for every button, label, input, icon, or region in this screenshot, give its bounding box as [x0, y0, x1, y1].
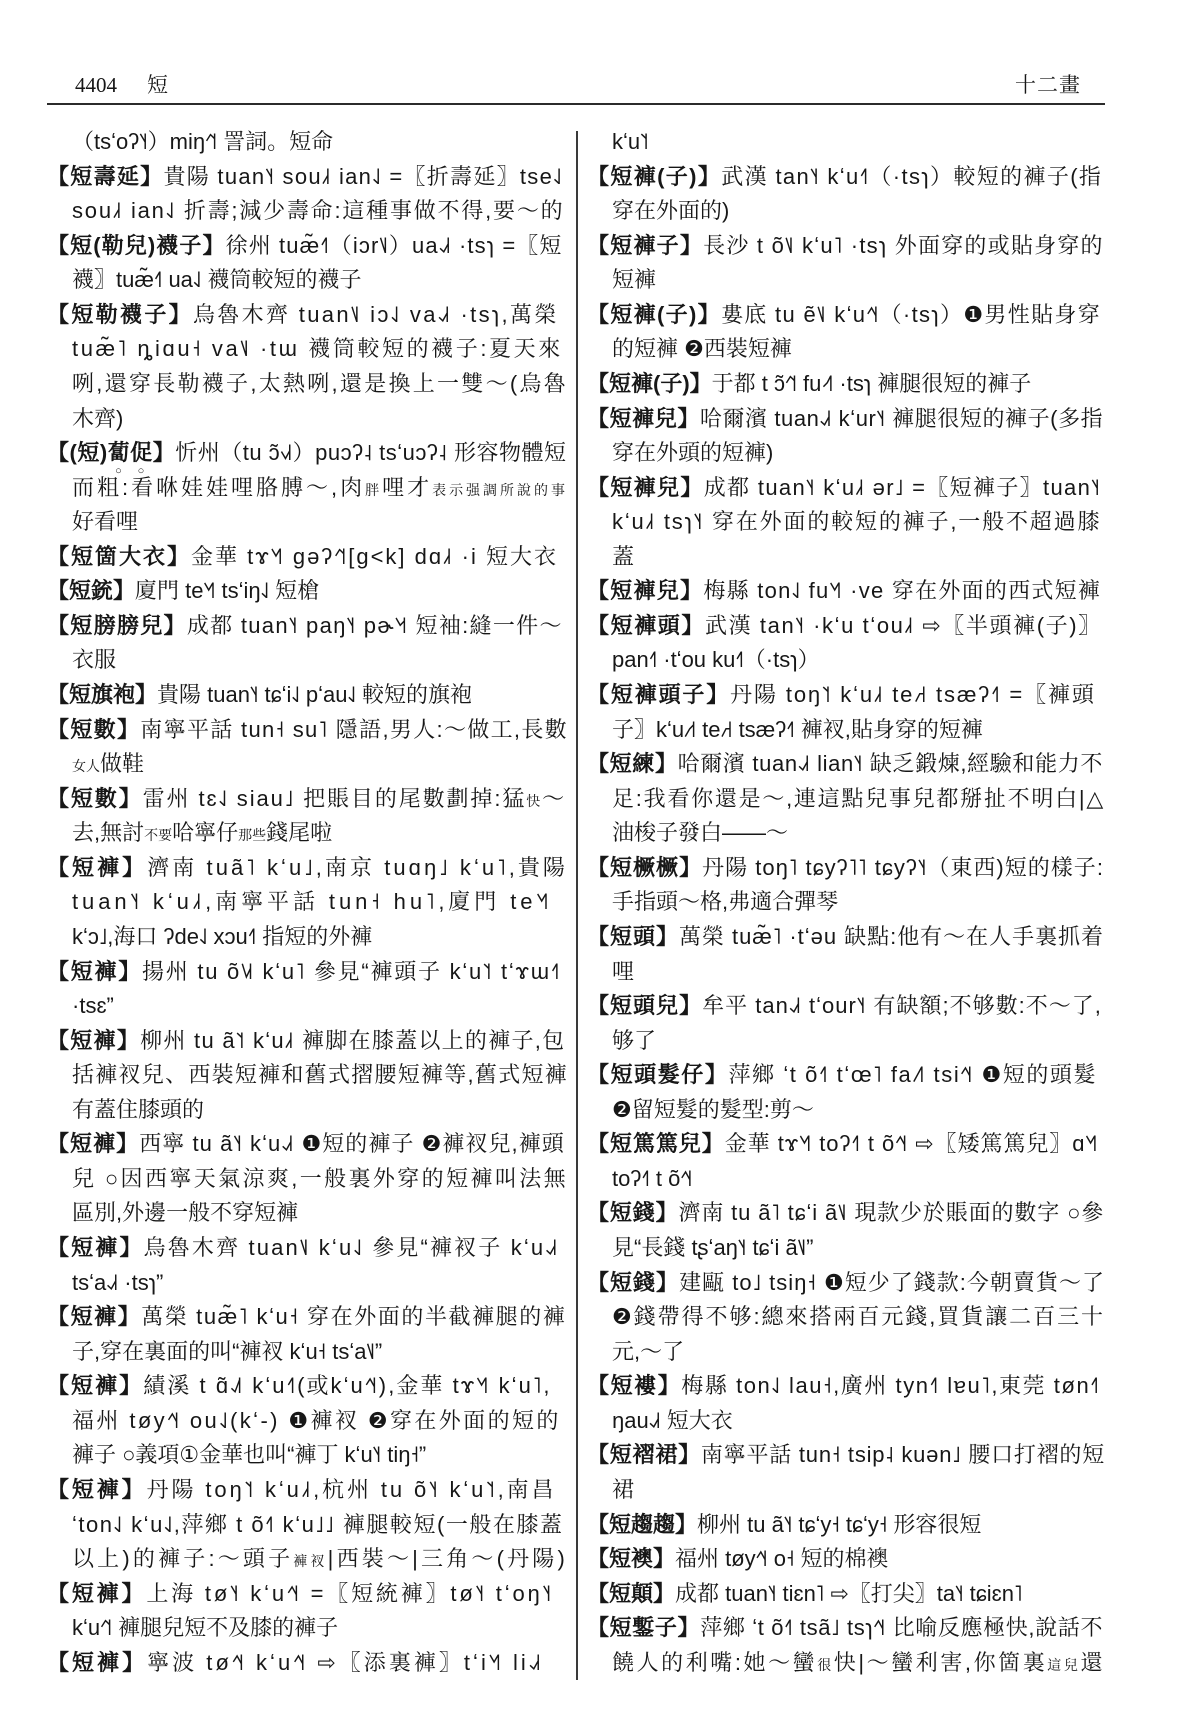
- line-text: 子〗kʻu˩˧˦ te˩˧˧ tsæʔ˧˥ 褲衩,貼身穿的短褲: [612, 713, 983, 748]
- entry-continuation-line: ❷錢帶得不够:總來搭兩百元錢,買貨讓二百三十: [587, 1300, 1105, 1335]
- line-text: 【短褲】柳州 tu ã˥˦ kʻu˩˧ 褲脚在膝蓋以上的褲子,包: [47, 1024, 565, 1059]
- line-text: 括褲衩兒、西裝短褲和舊式摺腰短褲等,舊式短褲: [72, 1058, 568, 1093]
- line-text: toʔ˧˥ t õ˧˥˧: [612, 1162, 692, 1197]
- line-text: 【短褲】寧波 tø˧˥˧ kʻu˧˥˧ ⇨〖添裏褲〗tʻi˥˧˥ li˨˩˧: [47, 1646, 544, 1681]
- text-run: 于都 t ɔ̃˧˥˦ fu˨˧˥ ·tsɿ 褲腿很短的褲子: [712, 371, 1032, 396]
- line-text: ʻton˨˩ kʻu˨˩,萍鄉 t õ˧˥ kʻu˩˩ 褲腿較短(一般在膝蓋: [72, 1508, 563, 1543]
- entry-continuation-line: 子〗kʻu˩˧˦ te˩˧˧ tsæʔ˧˥ 褲衩,貼身穿的短褲: [587, 713, 1105, 748]
- headword: 【短褶裙】: [587, 1442, 701, 1467]
- text-run: 以上)的褲子:～頭子: [72, 1546, 293, 1571]
- entry-start-line: 【短褲】上海 tø˥˧ kʻu˧˥˧ =〖短統褲〗tø˥˧ tʻoŋ˥˧: [47, 1577, 568, 1612]
- line-text: 【短褲】丹陽 toŋ˥˦ kʻu˩˧,杭州 tu õ˥˧ kʻu˥˦,南昌: [47, 1473, 556, 1508]
- entry-continuation-line: ❷留短髮的髮型:剪～: [587, 1093, 1105, 1128]
- headword: 【短褲(子)】: [587, 302, 721, 327]
- line-text: 【短錢】建甌 to˩ tsiŋ˧ ❶短少了錢款:今朝賣貨～了: [587, 1266, 1105, 1301]
- text-run: 好看哩: [72, 509, 138, 534]
- gloss-note: 這兒: [1047, 1657, 1080, 1673]
- headword: 【短錢】: [587, 1200, 678, 1225]
- line-text: 【短篤篤兒】金華 tɤ˥˧˥ toʔ˧˥ t õ˧˥˧ ⇨〖矮篤篤兒〗ɑ˥˧˥: [587, 1127, 1098, 1162]
- text-run: 烏魯木齊 tuan˥˩ kʻu˨˩ 參見“褲衩子 kʻu˨˩˧: [144, 1235, 560, 1260]
- entry-start-line: 【短頭兒】牟平 tan˨˩˧ tʻour˥˧ 有缺額;不够數:不～了,: [587, 989, 1105, 1024]
- text-run: 忻州（tu ɔ̃˧˩˧）puɔʔ˨ tsʻuɔʔ˨ 形容物體短: [175, 440, 566, 465]
- headword: 【短膀膀兒】: [47, 613, 187, 638]
- entry-start-line: 【短銃】廈門 te˥˧˥ tsʻiŋ˨˩ 短槍: [47, 574, 568, 609]
- entry-start-line: 【(短)蔔促】忻州（tu ɔ̃˧˩˧）puɔʔ˨ tsʻuɔʔ˨ 形容物體短: [47, 436, 568, 471]
- dictionary-page: 4404 短 十二畫 （tsʻoʔ˥˧）miŋ˧˥˦ 詈詞。短命【短壽延】貴陽 …: [0, 0, 1200, 1724]
- text-run: 够了: [612, 1028, 656, 1053]
- text-run: 柳州 tu ã˥˦ kʻu˩˧ 褲脚在膝蓋以上的褲子,包: [140, 1028, 565, 1053]
- line-text: 饒人的利嘴:她～蠻很快|～蠻利害,你箇裏這兒還: [612, 1646, 1105, 1683]
- line-text: 【短褲(子)】武漢 tan˥˧ kʻu˧˥（·tsɿ）較短的褲子(指: [587, 160, 1102, 195]
- text-run: 短褲: [612, 267, 656, 292]
- entry-continuation-line: 褲子 ○義項①金華也叫“褲丁 kʻu˥˧ tiŋ˧”: [47, 1438, 568, 1473]
- line-text: 【短勒襪子】烏魯木齊 tuan˥˩ iɔ˨˩ va˨˩˧ ·tsɿ,萬榮: [47, 298, 559, 333]
- text-run: toʔ˧˥ t õ˧˥˧: [612, 1166, 692, 1191]
- line-text: 【短褲】萬榮 tuæ̃˥ kʻu˧ 穿在外面的半截褲腿的褲: [47, 1300, 566, 1335]
- entry-start-line: 【短頭髮仔】萍鄉 ʻt õ˧˥ tʻœ˥ fa˩˧˥ tsi˧˥˧ ❶短的頭髮: [587, 1058, 1105, 1093]
- headword: 【短褲頭】: [587, 613, 705, 638]
- entry-start-line: 【短數】南寧平話 tun˧ su˥ 隱語,男人:～做工,長數: [47, 713, 568, 748]
- text-run: tuæ̃˥ ȵiɑu˧ va˥˩ ·tɯ 襪筒較短的襪子:夏天來: [72, 336, 563, 361]
- headword: 【短練】: [587, 751, 678, 776]
- line-text: kʻɔ˩,海口 ʔde˨˩ xɔu˧˥ 指短的外褲: [72, 920, 372, 955]
- entry-start-line: 【短褲兒】成都 tuan˥˧ kʻu˩˧ ər˩ =〖短褲子〗tuan˥˧: [587, 471, 1105, 506]
- text-run: pan˧˥ ·tʻou ku˧˥（·tsɿ）: [612, 647, 820, 672]
- entry-continuation-line: kʻu˧˥˦ 褲腿兒短不及膝的褲子: [47, 1611, 568, 1646]
- line-text: 好看哩: [72, 505, 138, 540]
- entry-start-line: 【短錢】建甌 to˩ tsiŋ˧ ❶短少了錢款:今朝賣貨～了: [587, 1266, 1105, 1301]
- text-run: kʻu˥˦: [612, 129, 649, 154]
- text-run: 襪〗tuæ̃˧˥ ua˨˩ 襪筒較短的襪子: [72, 267, 361, 292]
- entry-continuation-line: 以上)的褲子:～頭子褲衩|西裝～|三角～(丹陽): [47, 1542, 568, 1577]
- text-run: 南寧平話 tun˧ su˥ 隱語,男人:～做工,長數: [140, 717, 568, 742]
- entry-continuation-line: 衣服: [47, 643, 568, 678]
- line-text: 的短褲 ❷西裝短褲: [612, 332, 792, 367]
- line-text: 手指頭～格,弗適合彈琴: [612, 885, 838, 920]
- text-run: 廈門 te˥˧˥ tsʻiŋ˨˩ 短槍: [135, 578, 319, 603]
- headword: 【短褲(子)】: [587, 164, 721, 189]
- headword: 【短褲兒】: [587, 406, 700, 431]
- text-run: ❷留短髮的髮型:剪～: [612, 1097, 814, 1122]
- line-text: 元,～了: [612, 1335, 684, 1370]
- gloss-note: 那些: [238, 827, 266, 843]
- entry-start-line: 【短褲(子)】于都 t ɔ̃˧˥˦ fu˨˧˥ ·tsɿ 褲腿很短的褲子: [587, 367, 1105, 402]
- text-run: kʻɔ˩,海口 ʔde˨˩ xɔu˧˥ 指短的外褲: [72, 924, 372, 949]
- line-text: 兒 ○因西寧天氣涼爽,一般裏外穿的短褲叫法無: [72, 1162, 568, 1197]
- line-text: 【短褲】上海 tø˥˧ kʻu˧˥˧ =〖短統褲〗tø˥˧ tʻoŋ˥˧: [47, 1577, 554, 1612]
- entry-continuation-line: 短褲: [587, 263, 1105, 298]
- headword: 【短(勒兒)襪子】: [47, 233, 226, 258]
- entry-continuation-line: 去,無討不要哈寧仔那些錢尾啦: [47, 816, 568, 851]
- line-text: 穿在外面的): [612, 194, 729, 229]
- entry-continuation-line: 穿在外頭的短褲): [587, 436, 1105, 471]
- text-run: 衣服: [72, 647, 116, 672]
- entry-start-line: 【短褲】濟南 tuã˥ kʻu˩,南京 tuɑŋ˩ kʻu˥,貴陽: [47, 851, 568, 886]
- entry-continuation-line: tuan˥˧ kʻu˩˧,南寧平話 tun˧ hu˥,廈門 te˥˧˥: [47, 885, 568, 920]
- headword: 【短褸】: [587, 1373, 681, 1398]
- headword: 【短數】: [47, 717, 140, 742]
- text-run: 揚州 tu õ˥˩˧ kʻu˥ 參見“褲頭子 kʻu˥˦ tʻɤɯ˧˥: [142, 959, 561, 984]
- entry-start-line: 【短顛】成都 tuan˥˧ tiɛn˥ ⇨〖打尖〗ta˥˧ tɕiɛn˥: [587, 1577, 1105, 1612]
- entry-start-line: 【短褲】柳州 tu ã˥˦ kʻu˩˧ 褲脚在膝蓋以上的褲子,包: [47, 1024, 568, 1059]
- entry-continuation-line: 咧,還穿長勒襪子,太熱咧,還是換上一雙～(烏魯: [47, 367, 568, 402]
- text-run: 丹陽 toŋ˥˦ kʻu˩˧,杭州 tu õ˥˧ kʻu˥˦,南昌: [147, 1477, 557, 1502]
- text-run: 金華 tɤ˥˧˥ toʔ˧˥ t õ˧˥˧ ⇨〖矮篤篤兒〗ɑ˥˧˥: [725, 1131, 1099, 1156]
- entry-start-line: 【短數】雷州 tɛ˨˩ siau˩ 把賬目的尾數劃掉:猛快～: [47, 782, 568, 817]
- line-text: ❷留短髮的髮型:剪～: [612, 1093, 814, 1128]
- entry-continuation-line: toʔ˧˥ t õ˧˥˧: [587, 1162, 1105, 1197]
- entry-start-line: 【短(勒兒)襪子】徐州 tuæ̃˧˥（iɔr˥˩）ua˨˩˧ ·tsɿ =〖短: [47, 229, 568, 264]
- text-run: 萍鄉 ʻt õ˧˥ tsã˩ tsɿ˧˥˧ 比喻反應極快,說話不: [700, 1615, 1103, 1640]
- entry-continuation-line: ·tsɛ”: [47, 989, 568, 1024]
- line-text: tuæ̃˥ ȵiɑu˧ va˥˩ ·tɯ 襪筒較短的襪子:夏天來: [72, 332, 563, 367]
- text-run: 武漢 tan˥˧ kʻu˧˥（·tsɿ）較短的褲子(指: [721, 164, 1102, 189]
- gloss-note: 胖: [365, 482, 382, 498]
- line-text: 有蓋住膝頭的: [72, 1093, 204, 1128]
- text-run: 上海 tø˥˧ kʻu˧˥˧ =〖短統褲〗tø˥˧ tʻoŋ˥˧: [146, 1581, 554, 1606]
- headword: 【短褲】: [47, 1131, 139, 1156]
- headword: 【(短): [47, 440, 108, 465]
- headword: 【短勒襪子】: [47, 302, 193, 327]
- text-run: |西裝～|三角～(丹陽): [328, 1546, 568, 1571]
- text-run: 哈爾濱 tuan˨˩˧ lian˥˧ 缺乏鍛煉,經驗和能力不: [678, 751, 1103, 776]
- line-text: 襪〗tuæ̃˧˥ ua˨˩ 襪筒較短的襪子: [72, 263, 361, 298]
- headword: 【短褲兒】: [587, 475, 704, 500]
- entry-start-line: 【短篤篤兒】金華 tɤ˥˧˥ toʔ˧˥ t õ˧˥˧ ⇨〖矮篤篤兒〗ɑ˥˧˥: [587, 1127, 1105, 1162]
- gloss-note: 女人: [72, 758, 100, 774]
- entry-start-line: 【短褲子】長沙 t õ˥˩ kʻu˥ ·tsɿ 外面穿的或貼身穿的: [587, 229, 1105, 264]
- headword: 【短數】: [47, 786, 143, 811]
- line-text: （tsʻoʔ˥˧）miŋ˧˥˦ 詈詞。短命: [72, 125, 333, 160]
- text-run: 貴陽 tuan˥˧ sou˩˧ ian˨˩ =〖折壽延〗tse˨˩: [163, 164, 562, 189]
- line-text: 子,穿在裏面的叫“褲衩 kʻu˧ tsʻa˥˩”: [72, 1335, 382, 1370]
- headword: 【短褲】: [47, 1235, 144, 1260]
- line-text: 【短(勒兒)襪子】徐州 tuæ̃˧˥（iɔr˥˩）ua˨˩˧ ·tsɿ =〖短: [47, 229, 563, 264]
- headword: 【短褲】: [47, 1477, 147, 1502]
- text-run: 丹陽 toŋ˥˦ kʻu˩˧ te˩˧˧ tsæʔ˧˥ =〖褲頭: [730, 682, 1096, 707]
- line-text: 【短頭】萬榮 tuæ̃˥ ·tʻəu 缺點:他有～在人手裏抓着: [587, 920, 1104, 955]
- entry-continuation-line: 有蓋住膝頭的: [47, 1093, 568, 1128]
- text-run: 括褲衩兒、西裝短褲和舊式摺腰短褲等,舊式短褲: [72, 1062, 568, 1087]
- entry-continuation-line: 手指頭～格,弗適合彈琴: [587, 885, 1105, 920]
- text-run: ·tsɛ”: [72, 993, 114, 1018]
- entry-start-line: 【短壽延】貴陽 tuan˥˧ sou˩˧ ian˨˩ =〖折壽延〗tse˨˩: [47, 160, 568, 195]
- entry-continuation-line: 而粗:看咻娃娃哩胳膊～,肉胖哩才表示强調所說的事: [47, 471, 568, 506]
- text-run: 哈寧仔: [172, 820, 238, 845]
- text-run: 雷州 tɛ˨˩ siau˩ 把賬目的尾數劃掉:猛: [143, 786, 527, 811]
- headword: 【短錢】: [587, 1270, 679, 1295]
- entry-continuation-line: 襪〗tuæ̃˧˥ ua˨˩ 襪筒較短的襪子: [47, 263, 568, 298]
- headword: 【短銃】: [47, 578, 135, 603]
- line-text: 【短鏨子】萍鄉 ʻt õ˧˥ tsã˩ tsɿ˧˥˧ 比喻反應極快,說話不: [587, 1611, 1103, 1646]
- entry-continuation-line: 元,～了: [587, 1335, 1105, 1370]
- text-run: 饒人的利嘴:她～蠻: [612, 1650, 817, 1675]
- line-text: kʻu˥˦: [612, 125, 649, 160]
- left-column: （tsʻoʔ˥˧）miŋ˧˥˦ 詈詞。短命【短壽延】貴陽 tuan˥˧ sou˩…: [47, 125, 568, 1680]
- text-run: 南寧平話 tun˧ tsip˨ kuən˩ 腰口打褶的短: [701, 1442, 1105, 1467]
- headword: 】: [153, 440, 176, 465]
- line-text: ŋau˨˩˧ 短大衣: [612, 1404, 733, 1439]
- entry-continuation-line: 女人做鞋: [47, 747, 568, 782]
- entry-continuation-line: 括褲衩兒、西裝短褲和舊式摺腰短褲等,舊式短褲: [47, 1058, 568, 1093]
- text-run: ʻton˨˩ kʻu˨˩,萍鄉 t õ˧˥ kʻu˩˩ 褲腿較短(一般在膝蓋: [72, 1512, 563, 1537]
- headword: 【短壽延】: [47, 164, 163, 189]
- text-run: 丹陽 toŋ˥ tɕyʔ˥˥ tɕyʔ˥˧（東西)短的樣子:: [702, 855, 1104, 880]
- line-text: 咧,還穿長勒襪子,太熱咧,還是換上一雙～(烏魯: [72, 367, 568, 402]
- gloss-note: 很: [817, 1657, 834, 1673]
- entry-start-line: 【短褲兒】梅縣 ton˨˩ fu˥˧˥ ·ve 穿在外面的西式短褲: [587, 574, 1105, 609]
- entry-start-line: 【短旗袍】貴陽 tuan˥˧ tɕʻi˨˩ pʻau˨˩ 較短的旗袍: [47, 678, 568, 713]
- entry-continuation-line: 裙: [587, 1473, 1105, 1508]
- entry-start-line: 【短褲頭】武漢 tan˥˧ ·kʻu tʻou˩˧ ⇨〖半頭褲(子)〗: [587, 609, 1105, 644]
- text-run: 做鞋: [100, 751, 144, 776]
- text-run: 區別,外邊一般不穿短褲: [72, 1200, 298, 1225]
- line-text: 【短褲】揚州 tu õ˥˩˧ kʻu˥ 參見“褲頭子 kʻu˥˦ tʻɤɯ˧˥: [47, 955, 561, 990]
- headword: 【短褲(子)】: [587, 371, 712, 396]
- line-text: 【短旗袍】貴陽 tuan˥˧ tɕʻi˨˩ pʻau˨˩ 較短的旗袍: [47, 678, 472, 713]
- text-run: 穿在外頭的短褲): [612, 440, 773, 465]
- text-run: 子〗kʻu˩˧˦ te˩˧˧ tsæʔ˧˥ 褲衩,貼身穿的短褲: [612, 717, 983, 742]
- line-text: 區別,外邊一般不穿短褲: [72, 1196, 298, 1231]
- text-run: 快|～蠻利害,你箇裏: [834, 1650, 1048, 1675]
- line-text: 【短橛橛】丹陽 toŋ˥ tɕyʔ˥˥ tɕyʔ˥˧（東西)短的樣子:: [587, 851, 1104, 886]
- entry-start-line: 【短襖】福州 tøy˧˥˧ o˧ 短的棉襖: [587, 1542, 1105, 1577]
- entry-start-line: 【短褲兒】哈爾濱 tuan˨˩˧ kʻur˥˧ 褲腿很短的褲子(多指: [587, 402, 1105, 437]
- text-run: 婁底 tu ẽ˥˩ kʻu˧˥˧（·tsɿ）❶男性貼身穿: [721, 302, 1101, 327]
- text-run: 烏魯木齊 tuan˥˩ iɔ˨˩ va˨˩˧ ·tsɿ,萬榮: [193, 302, 559, 327]
- line-text: 【短褲兒】梅縣 ton˨˩ fu˥˧˥ ·ve 穿在外面的西式短褲: [587, 574, 1101, 609]
- line-text: 【短褲(子)】于都 t ɔ̃˧˥˦ fu˨˧˥ ·tsɿ 褲腿很短的褲子: [587, 367, 1031, 402]
- headword: 【短褲】: [47, 855, 147, 880]
- line-text: 【短褲子】長沙 t õ˥˩ kʻu˥ ·tsɿ 外面穿的或貼身穿的: [587, 229, 1104, 264]
- entry-continuation-line: sou˩˧ ian˨˩ 折壽;減少壽命:這種事做不得,要～的: [47, 194, 568, 229]
- line-text: kʻu˧˥˦ 褲腿兒短不及膝的褲子: [72, 1611, 338, 1646]
- entry-continuation-line: 的短褲 ❷西裝短褲: [587, 332, 1105, 367]
- text-run: 梅縣 ton˨˩ fu˥˧˥ ·ve 穿在外面的西式短褲: [703, 578, 1101, 603]
- entry-start-line: 【短褲】寧波 tø˧˥˧ kʻu˧˥˧ ⇨〖添裏褲〗tʻi˥˧˥ li˨˩˧: [47, 1646, 568, 1681]
- text-run: ～: [542, 786, 566, 811]
- running-head-character: 短: [147, 74, 168, 96]
- line-text: 女人做鞋: [72, 747, 144, 784]
- text-run: ❷錢帶得不够:總來搭兩百元錢,買貨讓二百三十: [612, 1304, 1105, 1329]
- entry-start-line: 【短箇大衣】金華 tɤ˥˧˥ gəʔ˧˥˦[g<k] dɑ˩˧ ·i 短大衣: [47, 540, 568, 575]
- text-run: 濟南 tu ã˥ tɕʻi ã˥˩ 現款少於賬面的數字 ○參: [678, 1200, 1104, 1225]
- line-text: 蓋: [612, 540, 634, 575]
- text-run: 長沙 t õ˥˩ kʻu˥ ·tsɿ 外面穿的或貼身穿的: [703, 233, 1104, 258]
- line-text: 【短褲】烏魯木齊 tuan˥˩ kʻu˨˩ 參見“褲衩子 kʻu˨˩˧: [47, 1231, 559, 1266]
- headword: 【短頭髮仔】: [587, 1062, 728, 1087]
- line-text: 而粗:看咻娃娃哩胳膊～,肉胖哩才表示强調所說的事: [72, 471, 568, 508]
- entry-continuation-line: 福州 tøy˧˥˧ ou˨˩(kʻ-) ❶褲衩 ❷穿在外面的短的: [47, 1404, 568, 1439]
- text-run: 蓋: [612, 544, 634, 569]
- gloss-note: 不要: [144, 827, 172, 843]
- headword: 【短趨趨】: [587, 1512, 697, 1537]
- line-text: 哩: [612, 955, 634, 990]
- entry-continuation-line: 够了: [587, 1024, 1105, 1059]
- entry-continuation-line: tuæ̃˥ ȵiɑu˧ va˥˩ ·tɯ 襪筒較短的襪子:夏天來: [47, 332, 568, 367]
- text-run: 萍鄉 ʻt õ˧˥ tʻœ˥ fa˩˧˥ tsi˧˥˧ ❶短的頭髮: [728, 1062, 1097, 1087]
- text-run: 穿在外面的): [612, 198, 729, 223]
- line-text: 油梭子發白——～: [612, 816, 788, 851]
- line-text: 去,無討不要哈寧仔那些錢尾啦: [72, 816, 332, 853]
- entry-start-line: 【短褸】梅縣 ton˨˩ lau˧,廣州 tyn˧˥ lɐu˥,東莞 tøn˧˥: [587, 1369, 1105, 1404]
- line-text: 【短銃】廈門 te˥˧˥ tsʻiŋ˨˩ 短槍: [47, 574, 319, 609]
- text-run: 有蓋住膝頭的: [72, 1097, 204, 1122]
- line-text: 木齊): [72, 402, 123, 437]
- headword: 【短橛橛】: [587, 855, 702, 880]
- text-run: 貴陽 tuan˥˧ tɕʻi˨˩ pʻau˨˩ 較短的旗袍: [157, 682, 472, 707]
- text-run: kʻu˧˥˦ 褲腿兒短不及膝的褲子: [72, 1615, 338, 1640]
- line-text: 褲子 ○義項①金華也叫“褲丁 kʻu˥˧ tiŋ˧”: [72, 1438, 426, 1473]
- text-run: 西寧 tu ã˥˧ kʻu˨˩˧ ❶短的褲子 ❷褲衩兒,褲頭: [139, 1131, 565, 1156]
- line-text: 見“長錢 tʂʻaŋ˥˧ tɕʻi ã˥˩”: [612, 1231, 813, 1266]
- line-text: 【短箇大衣】金華 tɤ˥˧˥ gəʔ˧˥˦[g<k] dɑ˩˧ ·i 短大衣: [47, 540, 558, 575]
- text-run: 錢尾啦: [266, 820, 332, 845]
- text-run: 柳州 tu ã˥˧ tɕʻy˧ tɕʻy˧ 形容很短: [697, 1512, 981, 1537]
- line-text: 【短褲兒】成都 tuan˥˧ kʻu˩˧ ər˩ =〖短褲子〗tuan˥˧: [587, 471, 1101, 506]
- headword: 【短褲】: [47, 1304, 141, 1329]
- entry-continuation-line: 饒人的利嘴:她～蠻很快|～蠻利害,你箇裏這兒還: [587, 1646, 1105, 1681]
- line-text: 足:我看你還是～,連這點兒事兒都掰扯不明白|△: [612, 782, 1105, 817]
- right-column: kʻu˥˦【短褲(子)】武漢 tan˥˧ kʻu˧˥（·tsɿ）較短的褲子(指穿…: [587, 125, 1105, 1680]
- text-run: 成都 tuan˥˧ tiɛn˥ ⇨〖打尖〗ta˥˧ tɕiɛn˥: [675, 1581, 1022, 1606]
- text-run: 成都 tuan˥˧ kʻu˩˧ ər˩ =〖短褲子〗tuan˥˧: [704, 475, 1101, 500]
- line-text: 【短壽延】貴陽 tuan˥˧ sou˩˧ ian˨˩ =〖折壽延〗tse˨˩: [47, 160, 563, 195]
- entry-start-line: 【短褲】丹陽 toŋ˥˦ kʻu˩˧,杭州 tu õ˥˧ kʻu˥˦,南昌: [47, 1473, 568, 1508]
- entry-continuation-line: kʻɔ˩,海口 ʔde˨˩ xɔu˧˥ 指短的外褲: [47, 920, 568, 955]
- headword: 【短褲頭子】: [587, 682, 730, 707]
- gloss-note: 表示强調所說的事: [432, 482, 568, 498]
- entry-continuation-line: 穿在外面的): [587, 194, 1105, 229]
- line-text: ·tsɛ”: [72, 989, 114, 1024]
- headword: 【短頭兒】: [587, 993, 702, 1018]
- line-text: 【短褶裙】南寧平話 tun˧ tsip˨ kuən˩ 腰口打褶的短: [587, 1438, 1105, 1473]
- text-run: 木齊): [72, 406, 123, 431]
- text-run: 徐州 tuæ̃˧˥（iɔr˥˩）ua˨˩˧ ·tsɿ =〖短: [226, 233, 563, 258]
- entry-continuation-line: （tsʻoʔ˥˧）miŋ˧˥˦ 詈詞。短命: [47, 125, 568, 160]
- text-run: tuan˥˧ kʻu˩˧,南寧平話 tun˧ hu˥,廈門 te˥˧˥: [72, 889, 552, 914]
- line-text: 【短數】南寧平話 tun˧ su˥ 隱語,男人:～做工,長數: [47, 713, 568, 748]
- entry-continuation-line: 油梭子發白——～: [587, 816, 1105, 851]
- headword: 【短褲】: [47, 1373, 143, 1398]
- line-text: tsʻa˨˩˧ ·tsɿ”: [72, 1266, 163, 1301]
- line-text: 够了: [612, 1024, 656, 1059]
- entry-start-line: 【短褲】揚州 tu õ˥˩˧ kʻu˥ 參見“褲頭子 kʻu˥˦ tʻɤɯ˧˥: [47, 955, 568, 990]
- entry-continuation-line: 兒 ○因西寧天氣涼爽,一般裏外穿的短褲叫法無: [47, 1162, 568, 1197]
- text-run: 梅縣 ton˨˩ lau˧,廣州 tyn˧˥ lɐu˥,東莞 tøn˧˥: [681, 1373, 1100, 1398]
- text-run: 萬榮 tuæ̃˥ kʻu˧ 穿在外面的半截褲腿的褲: [141, 1304, 566, 1329]
- line-text: 【短頭兒】牟平 tan˨˩˧ tʻour˥˧ 有缺額;不够數:不～了,: [587, 989, 1102, 1024]
- line-text: kʻu˩˧ tsɿ˥˧ 穿在外面的較短的褲子,一般不超過膝: [612, 505, 1101, 540]
- text-run: 還: [1080, 1650, 1105, 1675]
- line-text: 【短錢】濟南 tu ã˥ tɕʻi ã˥˩ 現款少於賬面的數字 ○參: [587, 1196, 1104, 1231]
- entry-start-line: 【短勒襪子】烏魯木齊 tuan˥˩ iɔ˨˩ va˨˩˧ ·tsɿ,萬榮: [47, 298, 568, 333]
- text-run: ŋau˨˩˧ 短大衣: [612, 1408, 733, 1433]
- text-run: kʻu˩˧ tsɿ˥˧ 穿在外面的較短的褲子,一般不超過膝: [612, 509, 1101, 534]
- text-run: 哩: [612, 959, 634, 984]
- text-run: 兒 ○因西寧天氣涼爽,一般裏外穿的短褲叫法無: [72, 1166, 568, 1191]
- line-text: 【短褲】西寧 tu ã˥˧ kʻu˨˩˧ ❶短的褲子 ❷褲衩兒,褲頭: [47, 1127, 565, 1162]
- line-text: 福州 tøy˧˥˧ ou˨˩(kʻ-) ❶褲衩 ❷穿在外面的短的: [72, 1404, 561, 1439]
- text-run: 裙: [612, 1477, 634, 1502]
- gloss-note: 褲衩: [293, 1553, 327, 1569]
- entry-start-line: 【短鏨子】萍鄉 ʻt õ˧˥ tsã˩ tsɿ˧˥˧ 比喻反應極快,說話不: [587, 1611, 1105, 1646]
- line-text: 【短褲(子)】婁底 tu ẽ˥˩ kʻu˧˥˧（·tsɿ）❶男性貼身穿: [587, 298, 1101, 333]
- headword: 【短鏨子】: [587, 1615, 700, 1640]
- entry-start-line: 【短膀膀兒】成都 tuan˥˧ paŋ˥˧ pɚ˥˧˦ 短袖:縫一件～: [47, 609, 568, 644]
- line-text: 短褲: [612, 263, 656, 298]
- line-text: 以上)的褲子:～頭子褲衩|西裝～|三角～(丹陽): [72, 1542, 568, 1579]
- entry-start-line: 【短褲(子)】婁底 tu ẽ˥˩ kʻu˧˥˧（·tsɿ）❶男性貼身穿: [587, 298, 1105, 333]
- headword: 【短褲】: [47, 959, 142, 984]
- line-text: 【短頭髮仔】萍鄉 ʻt õ˧˥ tʻœ˥ fa˩˧˥ tsi˧˥˧ ❶短的頭髮: [587, 1058, 1097, 1093]
- text-run: 寧波 tø˧˥˧ kʻu˧˥˧ ⇨〖添裏褲〗tʻi˥˧˥ li˨˩˧: [147, 1650, 544, 1675]
- line-text: 【短趨趨】柳州 tu ã˥˧ tɕʻy˧ tɕʻy˧ 形容很短: [587, 1508, 981, 1543]
- headword: 【短篤篤兒】: [587, 1131, 725, 1156]
- page-number: 4404: [75, 74, 117, 96]
- entry-start-line: 【短褶裙】南寧平話 tun˧ tsip˨ kuən˩ 腰口打褶的短: [587, 1438, 1105, 1473]
- text-run: 咧,還穿長勒襪子,太熱咧,還是換上一雙～(烏魯: [72, 371, 568, 396]
- entry-start-line: 【短趨趨】柳州 tu ã˥˧ tɕʻy˧ tɕʻy˧ 形容很短: [587, 1508, 1105, 1543]
- line-text: 【短褲頭子】丹陽 toŋ˥˦ kʻu˩˧ te˩˧˧ tsæʔ˧˥ =〖褲頭: [587, 678, 1096, 713]
- entry-continuation-line: 足:我看你還是～,連這點兒事兒都掰扯不明白|△: [587, 782, 1105, 817]
- entry-start-line: 【短練】哈爾濱 tuan˨˩˧ lian˥˧ 缺乏鍛煉,經驗和能力不: [587, 747, 1105, 782]
- headword: 【短褲兒】: [587, 578, 703, 603]
- entry-continuation-line: 哩: [587, 955, 1105, 990]
- entry-start-line: 【短褲】績溪 t ɑ̃˨˩˦ kʻu˧˥(或kʻu˧˥˧),金華 tɤ˥˧˥ k…: [47, 1369, 568, 1404]
- text-run: 足:我看你還是～,連這點兒事兒都掰扯不明白|△: [612, 786, 1105, 811]
- text-run: 手指頭～格,弗適合彈琴: [612, 889, 838, 914]
- entry-continuation-line: ʻton˨˩ kʻu˨˩,萍鄉 t õ˧˥ kʻu˩˩ 褲腿較短(一般在膝蓋: [47, 1508, 568, 1543]
- line-text: tuan˥˧ kʻu˩˧,南寧平話 tun˧ hu˥,廈門 te˥˧˥: [72, 885, 552, 920]
- text-run: 哈爾濱 tuan˨˩˧ kʻur˥˧ 褲腿很短的褲子(多指: [700, 406, 1103, 431]
- entry-start-line: 【短頭】萬榮 tuæ̃˥ ·tʻəu 缺點:他有～在人手裏抓着: [587, 920, 1105, 955]
- line-text: sou˩˧ ian˨˩ 折壽;減少壽命:這種事做不得,要～的: [72, 194, 564, 229]
- text-run: 福州 tøy˧˥˧ ou˨˩(kʻ-) ❶褲衩 ❷穿在外面的短的: [72, 1408, 561, 1433]
- header-rule: [47, 103, 1105, 105]
- line-text: 【短褲】績溪 t ɑ̃˨˩˦ kʻu˧˥(或kʻu˧˥˧),金華 tɤ˥˧˥ k…: [47, 1369, 552, 1404]
- text-run: sou˩˧ ian˨˩ 折壽;減少壽命:這種事做不得,要～的: [72, 198, 564, 223]
- entry-start-line: 【短褲(子)】武漢 tan˥˧ kʻu˧˥（·tsɿ）較短的褲子(指: [587, 160, 1105, 195]
- headword: 【短褲】: [47, 1028, 140, 1053]
- text-run: （tsʻoʔ˥˧）miŋ˧˥˦ 詈詞。短命: [72, 129, 333, 154]
- line-text: 裙: [612, 1473, 634, 1508]
- entry-continuation-line: pan˧˥ ·tʻou ku˧˥（·tsɿ）: [587, 643, 1105, 678]
- entry-continuation-line: 蓋: [587, 540, 1105, 575]
- text-run: 萬榮 tuæ̃˥ ·tʻəu 缺點:他有～在人手裏抓着: [679, 924, 1104, 949]
- entry-start-line: 【短褲】烏魯木齊 tuan˥˩ kʻu˨˩ 參見“褲衩子 kʻu˨˩˧: [47, 1231, 568, 1266]
- text-run: 見“長錢 tʂʻaŋ˥˧ tɕʻi ã˥˩”: [612, 1235, 813, 1260]
- entry-continuation-line: 區別,外邊一般不穿短褲: [47, 1196, 568, 1231]
- line-text: 【短褲兒】哈爾濱 tuan˨˩˧ kʻur˥˧ 褲腿很短的褲子(多指: [587, 402, 1103, 437]
- line-text: 【短練】哈爾濱 tuan˨˩˧ lian˥˧ 缺乏鍛煉,經驗和能力不: [587, 747, 1103, 782]
- headword-homophone-marked: 蔔促: [108, 440, 153, 465]
- stroke-count-section: 十二畫: [1015, 74, 1081, 96]
- text-run: 福州 tøy˧˥˧ o˧ 短的棉襖: [675, 1546, 888, 1571]
- text-run: 績溪 t ɑ̃˨˩˦ kʻu˧˥(或kʻu˧˥˧),金華 tɤ˥˧˥ kʻu˥,: [143, 1373, 551, 1398]
- line-text: 【短襖】福州 tøy˧˥˧ o˧ 短的棉襖: [587, 1542, 889, 1577]
- headword: 【短襖】: [587, 1546, 675, 1571]
- headword: 【短褲】: [47, 1581, 146, 1606]
- line-text: 【短褸】梅縣 ton˨˩ lau˧,廣州 tyn˧˥ lɐu˥,東莞 tøn˧˥: [587, 1369, 1100, 1404]
- line-text: 【短褲頭】武漢 tan˥˧ ·kʻu tʻou˩˧ ⇨〖半頭褲(子)〗: [587, 609, 1102, 644]
- line-text: 【短數】雷州 tɛ˨˩ siau˩ 把賬目的尾數劃掉:猛快～: [47, 782, 566, 819]
- gloss-note: 快: [526, 793, 542, 809]
- line-text: pan˧˥ ·tʻou ku˧˥（·tsɿ）: [612, 643, 820, 678]
- entry-start-line: 【短褲】西寧 tu ã˥˧ kʻu˨˩˧ ❶短的褲子 ❷褲衩兒,褲頭: [47, 1127, 568, 1162]
- line-text: 衣服: [72, 643, 116, 678]
- headword: 【短褲】: [47, 1650, 147, 1675]
